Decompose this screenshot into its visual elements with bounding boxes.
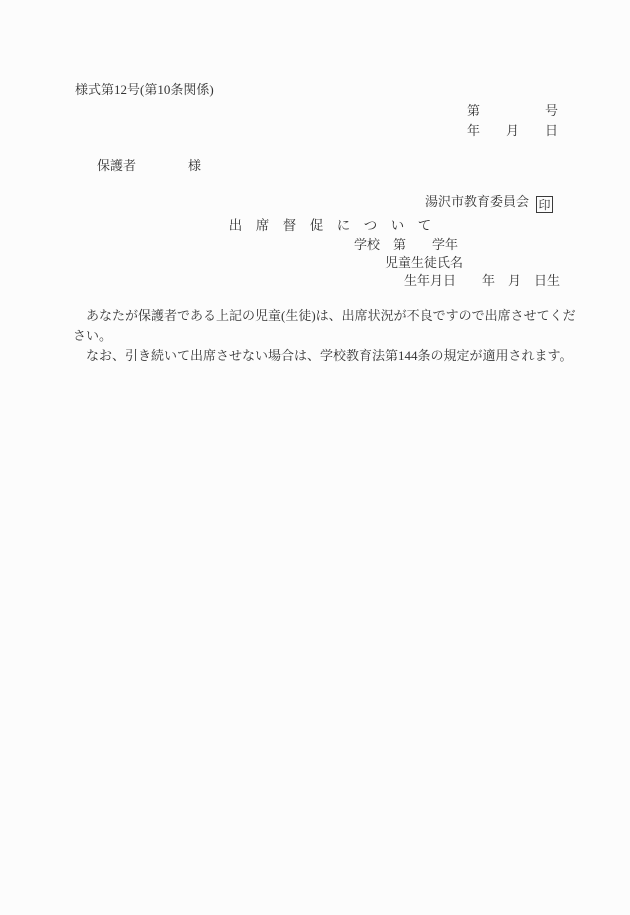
school-grade-line: 学校 第 学年 — [0, 237, 630, 252]
document-number-line: 第 号 — [0, 103, 630, 118]
recipient-line: 保護者 様 — [97, 158, 201, 173]
seal-stamp-icon: 印 — [536, 196, 553, 213]
issuer-name: 湯沢市教育委員会 — [425, 194, 529, 209]
body-paragraph-line-1: あなたが保護者である上記の児童(生徒)は、出席状況が不良ですので出席させてくだ — [73, 306, 583, 326]
issuer-line: 湯沢市教育委員会印 — [0, 194, 630, 213]
date-line: 年 月 日 — [0, 123, 630, 138]
body-paragraph-line-2: さい。 — [73, 326, 583, 346]
document-page: 様式第12号(第10条関係) 第 号 年 月 日 保護者 様 湯沢市教育委員会印… — [0, 0, 630, 915]
student-name-label: 児童生徒氏名 — [0, 255, 630, 270]
body-paragraph-line-3: なお、引き続いて出席させない場合は、学校教育法第144条の規定が適用されます。 — [73, 346, 583, 366]
birthdate-line: 生年月日 年 月 日生 — [0, 273, 630, 288]
body-text: あなたが保護者である上記の児童(生徒)は、出席状況が不良ですので出席させてくだ … — [73, 306, 583, 366]
document-title: 出 席 督 促 に つ い て — [0, 218, 630, 233]
form-number: 様式第12号(第10条関係) — [75, 82, 214, 97]
